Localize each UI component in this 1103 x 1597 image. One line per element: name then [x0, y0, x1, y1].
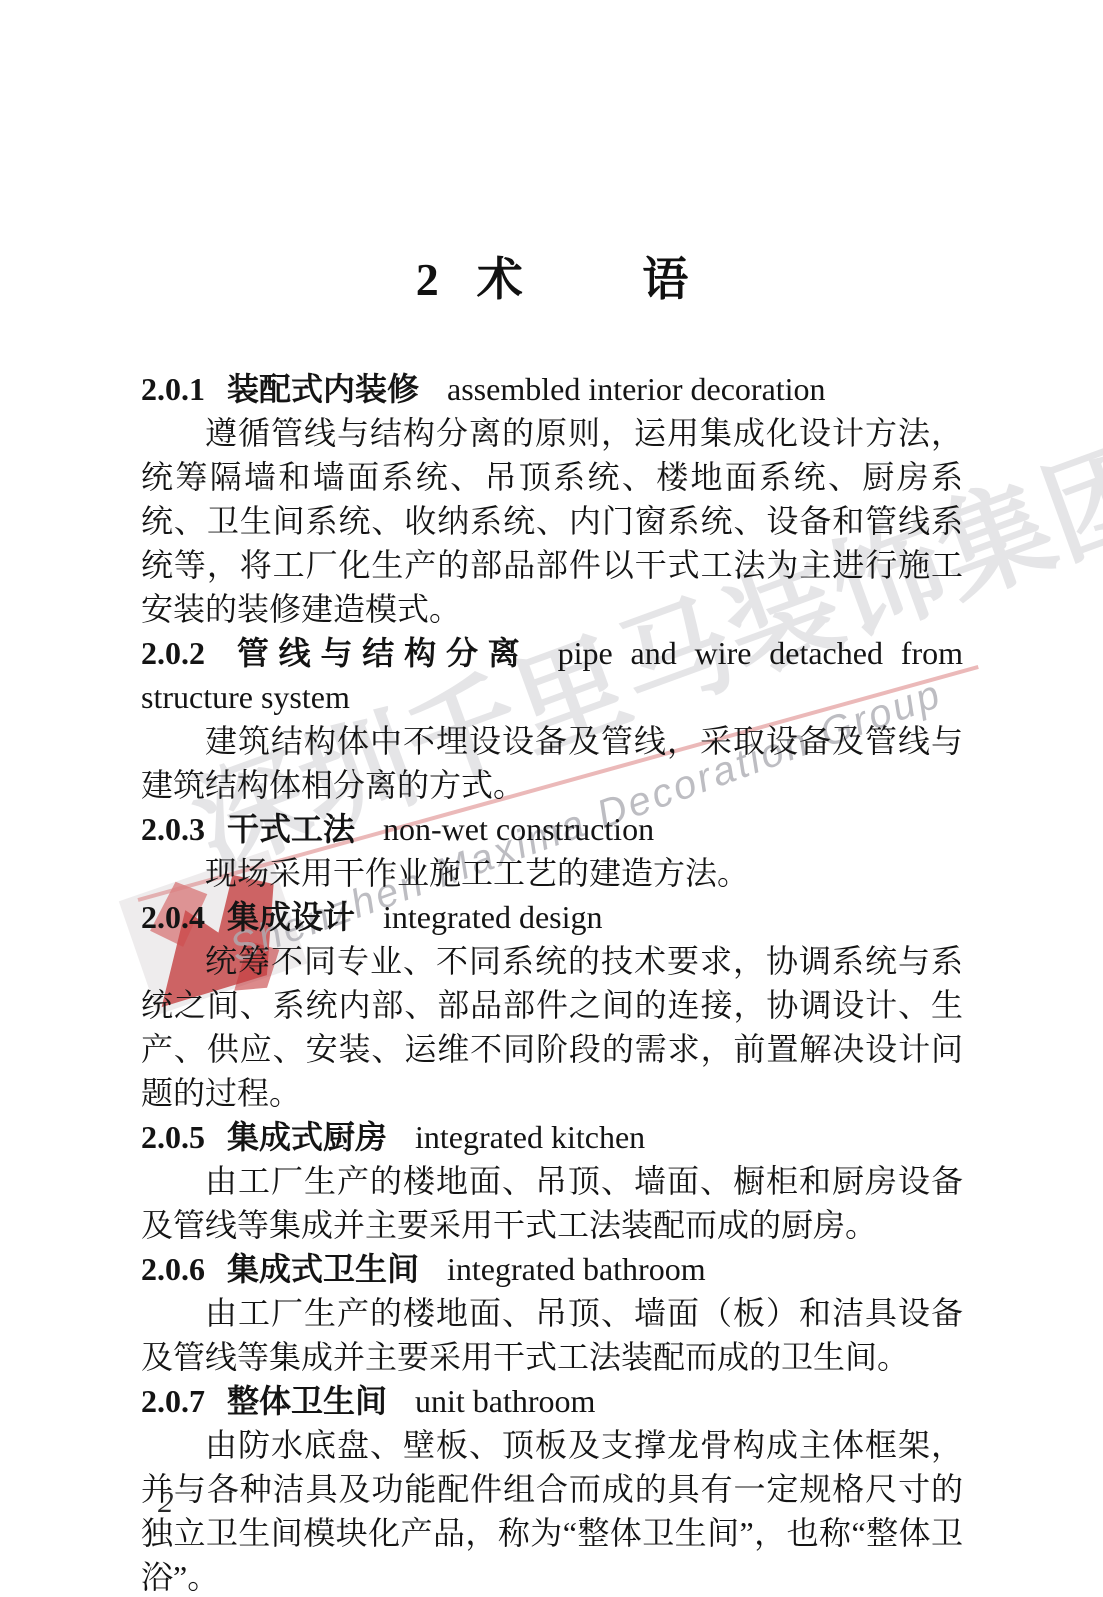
term-heading: 2.0.2管线与结构分离pipe and wire detached from … — [141, 631, 963, 719]
term-heading: 2.0.5集成式厨房integrated kitchen — [141, 1115, 963, 1159]
term-entry-2-0-2: 2.0.2管线与结构分离pipe and wire detached from … — [141, 631, 963, 807]
term-definition: 由工厂生产的楼地面、吊顶、墙面（板）和洁具设备及管线等集成并主要采用干式工法装配… — [141, 1291, 963, 1379]
term-number: 2.0.1 — [141, 371, 205, 407]
term-en: integrated bathroom — [447, 1251, 706, 1287]
term-heading: 2.0.4集成设计integrated design — [141, 895, 963, 939]
term-en: unit bathroom — [415, 1383, 595, 1419]
term-number: 2.0.4 — [141, 899, 205, 935]
term-heading: 2.0.6集成式卫生间integrated bathroom — [141, 1247, 963, 1291]
document-page: 深圳千里马装饰集团 Shenzhen Maxima Decoration Gro… — [0, 0, 1103, 1597]
term-en: assembled interior decoration — [447, 371, 826, 407]
term-entry-2-0-4: 2.0.4集成设计integrated design 统筹不同专业、不同系统的技… — [141, 895, 963, 1115]
term-definition: 由防水底盘、壁板、顶板及支撑龙骨构成主体框架，并与各种洁具及功能配件组合而成的具… — [141, 1423, 963, 1597]
term-number: 2.0.6 — [141, 1251, 205, 1287]
term-entry-2-0-1: 2.0.1装配式内装修assembled interior decoration… — [141, 367, 963, 631]
chapter-title: 2术语 — [141, 252, 963, 307]
terminology-section: 2术语 2.0.1装配式内装修assembled interior decora… — [141, 252, 963, 1597]
term-en: non-wet construction — [383, 811, 654, 847]
term-definition: 遵循管线与结构分离的原则，运用集成化设计方法，统筹隔墙和墙面系统、吊顶系统、楼地… — [141, 411, 963, 631]
page-number: 2 — [158, 1484, 174, 1520]
term-entry-2-0-5: 2.0.5集成式厨房integrated kitchen 由工厂生产的楼地面、吊… — [141, 1115, 963, 1247]
chapter-number: 2 — [416, 254, 439, 305]
term-definition: 由工厂生产的楼地面、吊顶、墙面、橱柜和厨房设备及管线等集成并主要采用干式工法装配… — [141, 1159, 963, 1247]
term-definition: 建筑结构体中不埋设设备及管线，采取设备及管线与建筑结构体相分离的方式。 — [141, 719, 963, 807]
term-zh: 装配式内装修 — [227, 371, 419, 407]
term-number: 2.0.5 — [141, 1119, 205, 1155]
term-number: 2.0.3 — [141, 811, 205, 847]
chapter-word: 术语 — [477, 254, 808, 305]
term-heading: 2.0.3干式工法non-wet construction — [141, 807, 963, 851]
term-zh: 干式工法 — [227, 811, 355, 847]
term-number: 2.0.7 — [141, 1383, 205, 1419]
term-heading: 2.0.1装配式内装修assembled interior decoration — [141, 367, 963, 411]
term-entry-2-0-7: 2.0.7整体卫生间unit bathroom 由防水底盘、壁板、顶板及支撑龙骨… — [141, 1379, 963, 1597]
term-definition: 现场采用干作业施工工艺的建造方法。 — [141, 851, 963, 895]
term-zh: 集成式厨房 — [227, 1119, 387, 1155]
term-heading: 2.0.7整体卫生间unit bathroom — [141, 1379, 963, 1423]
term-number: 2.0.2 — [141, 635, 205, 671]
term-entry-2-0-6: 2.0.6集成式卫生间integrated bathroom 由工厂生产的楼地面… — [141, 1247, 963, 1379]
term-en: integrated kitchen — [415, 1119, 645, 1155]
term-definition: 统筹不同专业、不同系统的技术要求，协调系统与系统之间、系统内部、部品部件之间的连… — [141, 939, 963, 1115]
term-zh: 集成设计 — [227, 899, 355, 935]
term-zh: 集成式卫生间 — [227, 1251, 419, 1287]
term-zh: 整体卫生间 — [227, 1383, 387, 1419]
term-en: integrated design — [383, 899, 602, 935]
term-entry-2-0-3: 2.0.3干式工法non-wet construction 现场采用干作业施工工… — [141, 807, 963, 895]
term-zh: 管线与结构分离 — [227, 635, 530, 671]
